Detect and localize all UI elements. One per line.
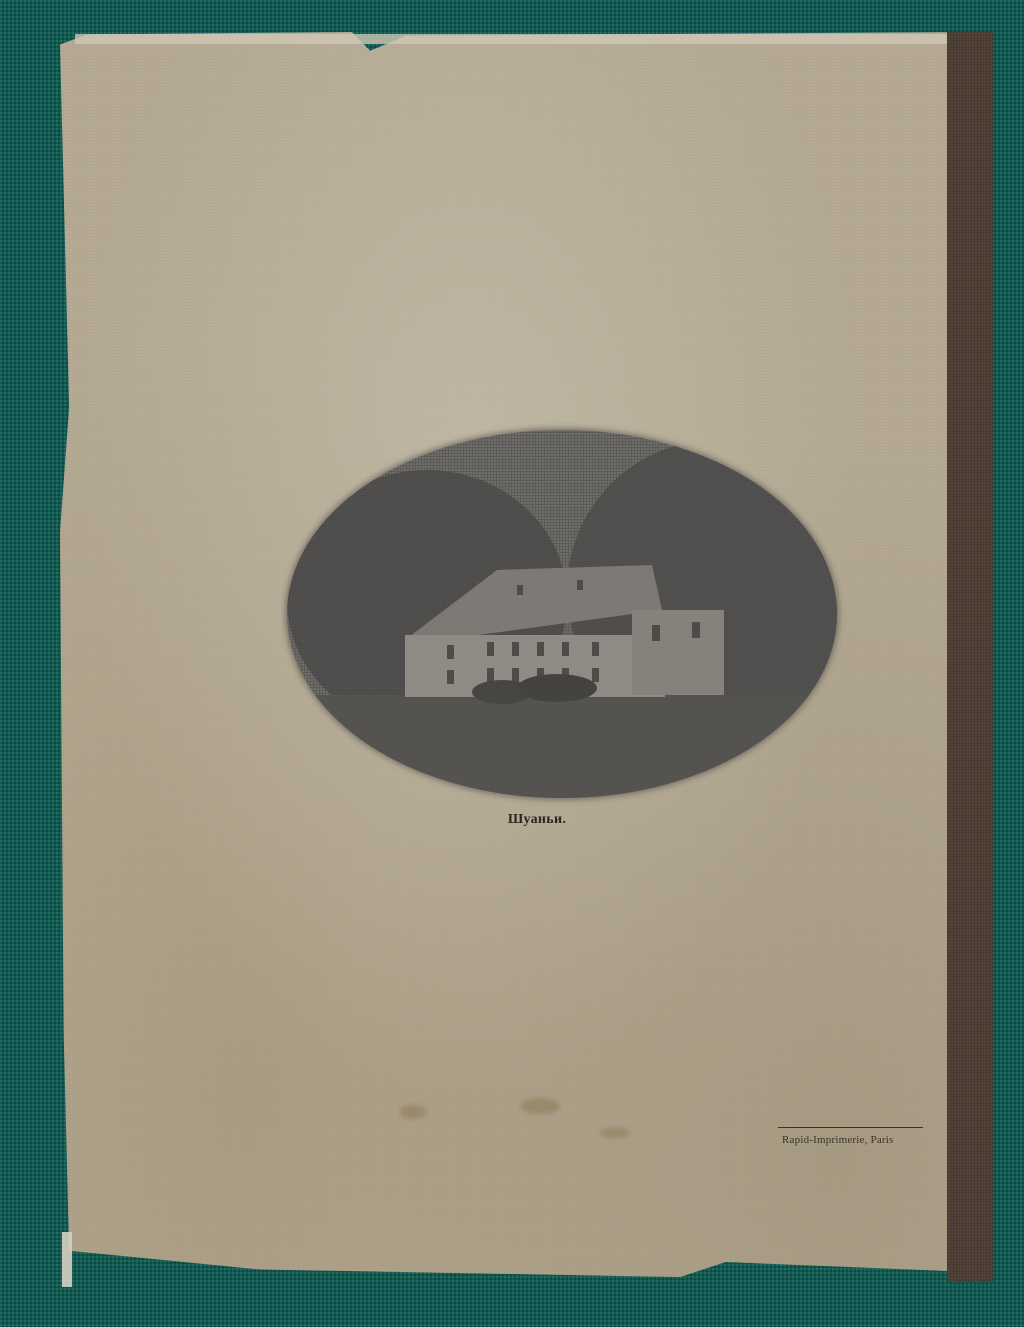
paper-top-edge: [75, 34, 955, 44]
paper-stain: [520, 1098, 560, 1114]
printer-imprint: Rapid-Imprimerie, Paris: [782, 1134, 894, 1146]
paper-stain: [400, 1105, 426, 1119]
imprint-divider: [778, 1127, 923, 1128]
paper-corner-tear: [62, 1232, 72, 1287]
illustration-caption: Шуаньи.: [0, 812, 1024, 828]
chateau-illustration-icon: [287, 430, 837, 798]
oval-photograph: [287, 430, 837, 798]
spine-binding: [947, 32, 993, 1282]
caption-text: Шуаньи.: [508, 812, 566, 827]
paper-stain: [600, 1128, 630, 1138]
